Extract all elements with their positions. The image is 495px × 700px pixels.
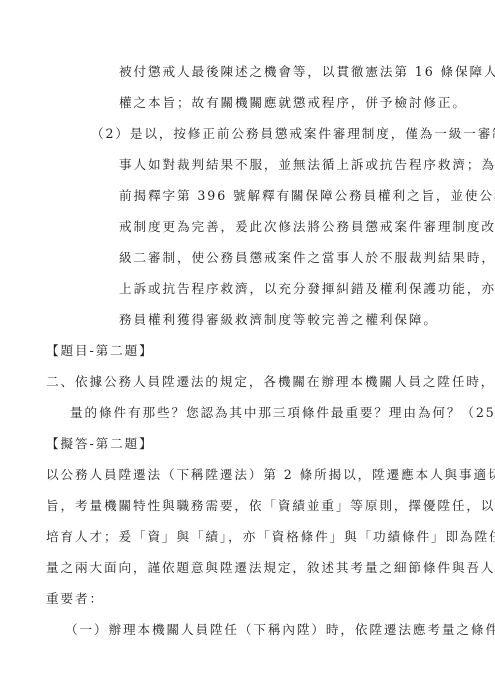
question-line-1: 二、依據公務人員陞遷法的規定，各機關在辦理本機關人員之陞任時，應該考	[46, 374, 495, 390]
subsection-1-title: （一）辦理本機關人員陞任（下稱內陞）時，依陞遷法應考量之條件	[65, 622, 495, 638]
item-2-line-4: 戒制度更為完善，爰此次修法將公務員懲戒案件審理制度改為一	[119, 219, 495, 235]
answer-line-3: 培育人才；爰「資」與「績」，亦「資格條件」與「功績條件」即為陞任主要考	[46, 529, 495, 545]
answer-heading: 【擬答-第二題】	[46, 436, 154, 452]
item-2-line-3: 前揭釋字第 396 號解釋有關保障公務員權利之旨，並使公務員懲	[119, 188, 495, 204]
item-2-line-5: 級二審制，使公務員懲戒案件之當事人於不服裁判結果時，得循	[119, 250, 495, 266]
continuation-line-2: 權之本旨；故有關機關應就懲戒程序，併予檢討修正。	[119, 95, 467, 111]
item-2-line-7: 務員權利獲得審級救濟制度等較完善之權利保障。	[119, 312, 438, 328]
answer-line-1: 以公務人員陞遷法（下稱陞遷法）第 2 條所揭以，陞遷應本人與事適切配合之	[46, 467, 495, 483]
item-2-line-1: 是以，按修正前公務員懲戒案件審理制度，僅為一級一審制，當	[130, 126, 495, 141]
answer-line-2: 旨，考量機關特性與職務需要，依「資績並重」等原則，擇優陞任，以拔擢及	[46, 498, 495, 514]
document-page: 被付懲戒人最後陳述之機會等，以貫徹憲法第 16 條保障人民訴訟 權之本旨；故有關…	[0, 0, 495, 700]
continuation-line-1: 被付懲戒人最後陳述之機會等，以貫徹憲法第 16 條保障人民訴訟	[119, 64, 495, 80]
item-2-line-2: 事人如對裁判結果不服，並無法循上訴或抗告程序救濟；為呼應	[119, 157, 495, 173]
answer-line-5: 重要者：	[46, 591, 104, 607]
item-2-first-line: （2）是以，按修正前公務員懲戒案件審理制度，僅為一級一審制，當	[91, 126, 495, 142]
item-2-marker: （2）	[91, 126, 130, 142]
question-line-2: 量的條件有那些？您認為其中那三項條件最重要？理由為何？（25 分）	[70, 405, 495, 421]
question-heading: 【題目-第二題】	[46, 343, 154, 359]
answer-line-4: 量之兩大面向，謹依題意與陞遷法規定，敘述其考量之細節條件與吾人認為較	[46, 560, 495, 576]
item-2-line-6: 上訴或抗告程序救濟，以充分發揮糾錯及權利保護功能，亦使公	[119, 281, 495, 297]
